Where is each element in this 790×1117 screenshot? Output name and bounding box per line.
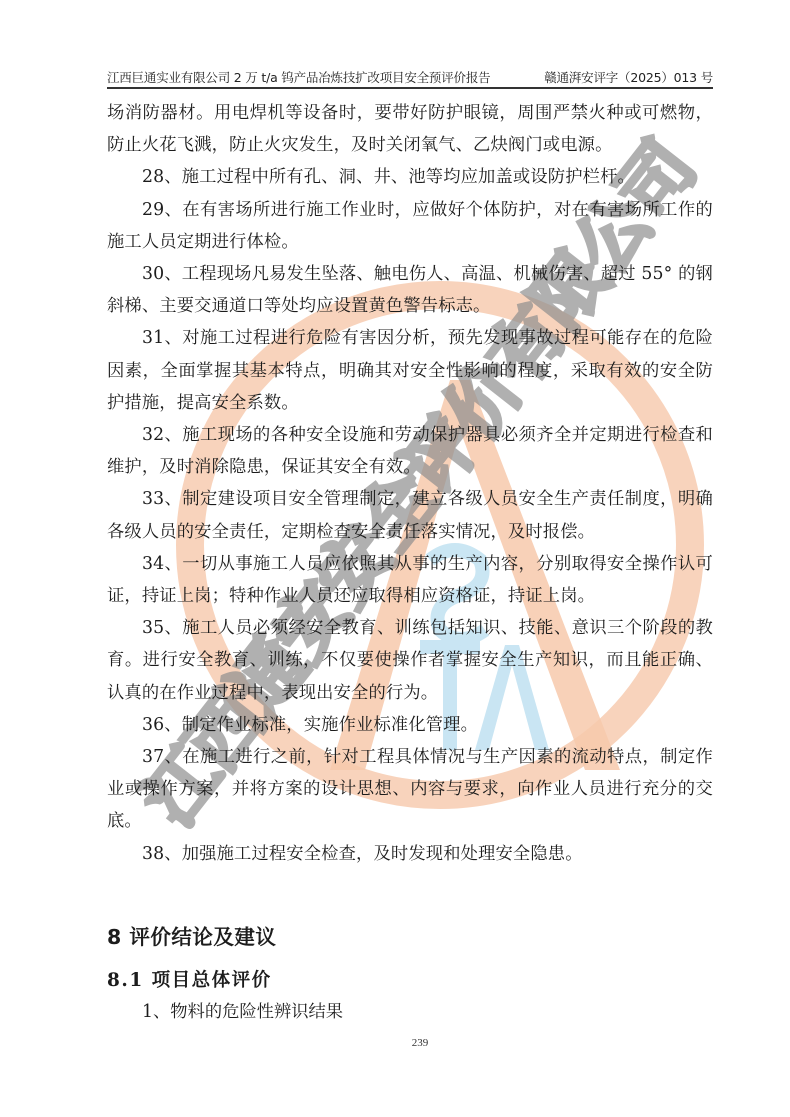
page-header: 江西巨通实业有限公司 2 万 t/a 钨产品冶炼技扩改项目安全预评价报告 赣通湃…	[107, 66, 713, 86]
paragraph-item-30: 30、工程现场凡易发生坠落、触电伤人、高温、机械伤害、超过 55° 的钢斜梯、主…	[107, 258, 713, 322]
section-heading: 8 评价结论及建议	[107, 920, 276, 950]
paragraph-item-32: 32、施工现场的各种安全设施和劳动保护器具必须齐全并定期进行检查和维护，及时消除…	[107, 419, 713, 483]
paragraph-item-36: 36、制定作业标准，实施作业标准化管理。	[107, 709, 713, 741]
paragraph-item-33: 33、制定建设项目安全管理制定，建立各级人员安全生产责任制度，明确各级人员的安全…	[107, 483, 713, 547]
page-number: 239	[0, 1037, 790, 1049]
paragraph-item-38: 38、加强施工过程安全检查，及时发现和处理安全隐患。	[107, 838, 713, 870]
paragraph-continued: 场消防器材。用电焊机等设备时，要带好防护眼镜，周围严禁火种或可燃物，防止火花飞溅…	[107, 97, 713, 161]
list-item: 1、物料的危险性辨识结果	[142, 997, 343, 1022]
paragraph-item-29: 29、在有害场所进行施工作业时，应做好个体防护，对在有害场所工作的施工人员定期进…	[107, 194, 713, 258]
paragraph-item-31: 31、对施工过程进行危险有害因分析，预先发现事故过程可能存在的危险因素，全面掌握…	[107, 322, 713, 419]
paragraph-item-28: 28、施工过程中所有孔、洞、井、池等均应加盖或设防护栏杆。	[107, 161, 713, 193]
subsection-heading: 8.1 项目总体评价	[107, 966, 272, 992]
header-report-title: 江西巨通实业有限公司 2 万 t/a 钨产品冶炼技扩改项目安全预评价报告	[107, 68, 490, 86]
header-document-number: 赣通湃安评字（2025）013 号	[544, 68, 713, 86]
paragraph-item-37: 37、在施工进行之前，针对工程具体情况与生产因素的流动特点，制定作业或操作方案，…	[107, 741, 713, 838]
body-text: 场消防器材。用电焊机等设备时，要带好防护眼镜，周围严禁火种或可燃物，防止火花飞溅…	[107, 97, 713, 870]
paragraph-item-35: 35、施工人员必须经安全教育、训练包括知识、技能、意识三个阶段的教育。进行安全教…	[107, 612, 713, 709]
paragraph-item-34: 34、一切从事施工人员应依照其从事的生产内容，分别取得安全操作认可证，持证上岗；…	[107, 548, 713, 612]
header-divider	[107, 87, 713, 89]
